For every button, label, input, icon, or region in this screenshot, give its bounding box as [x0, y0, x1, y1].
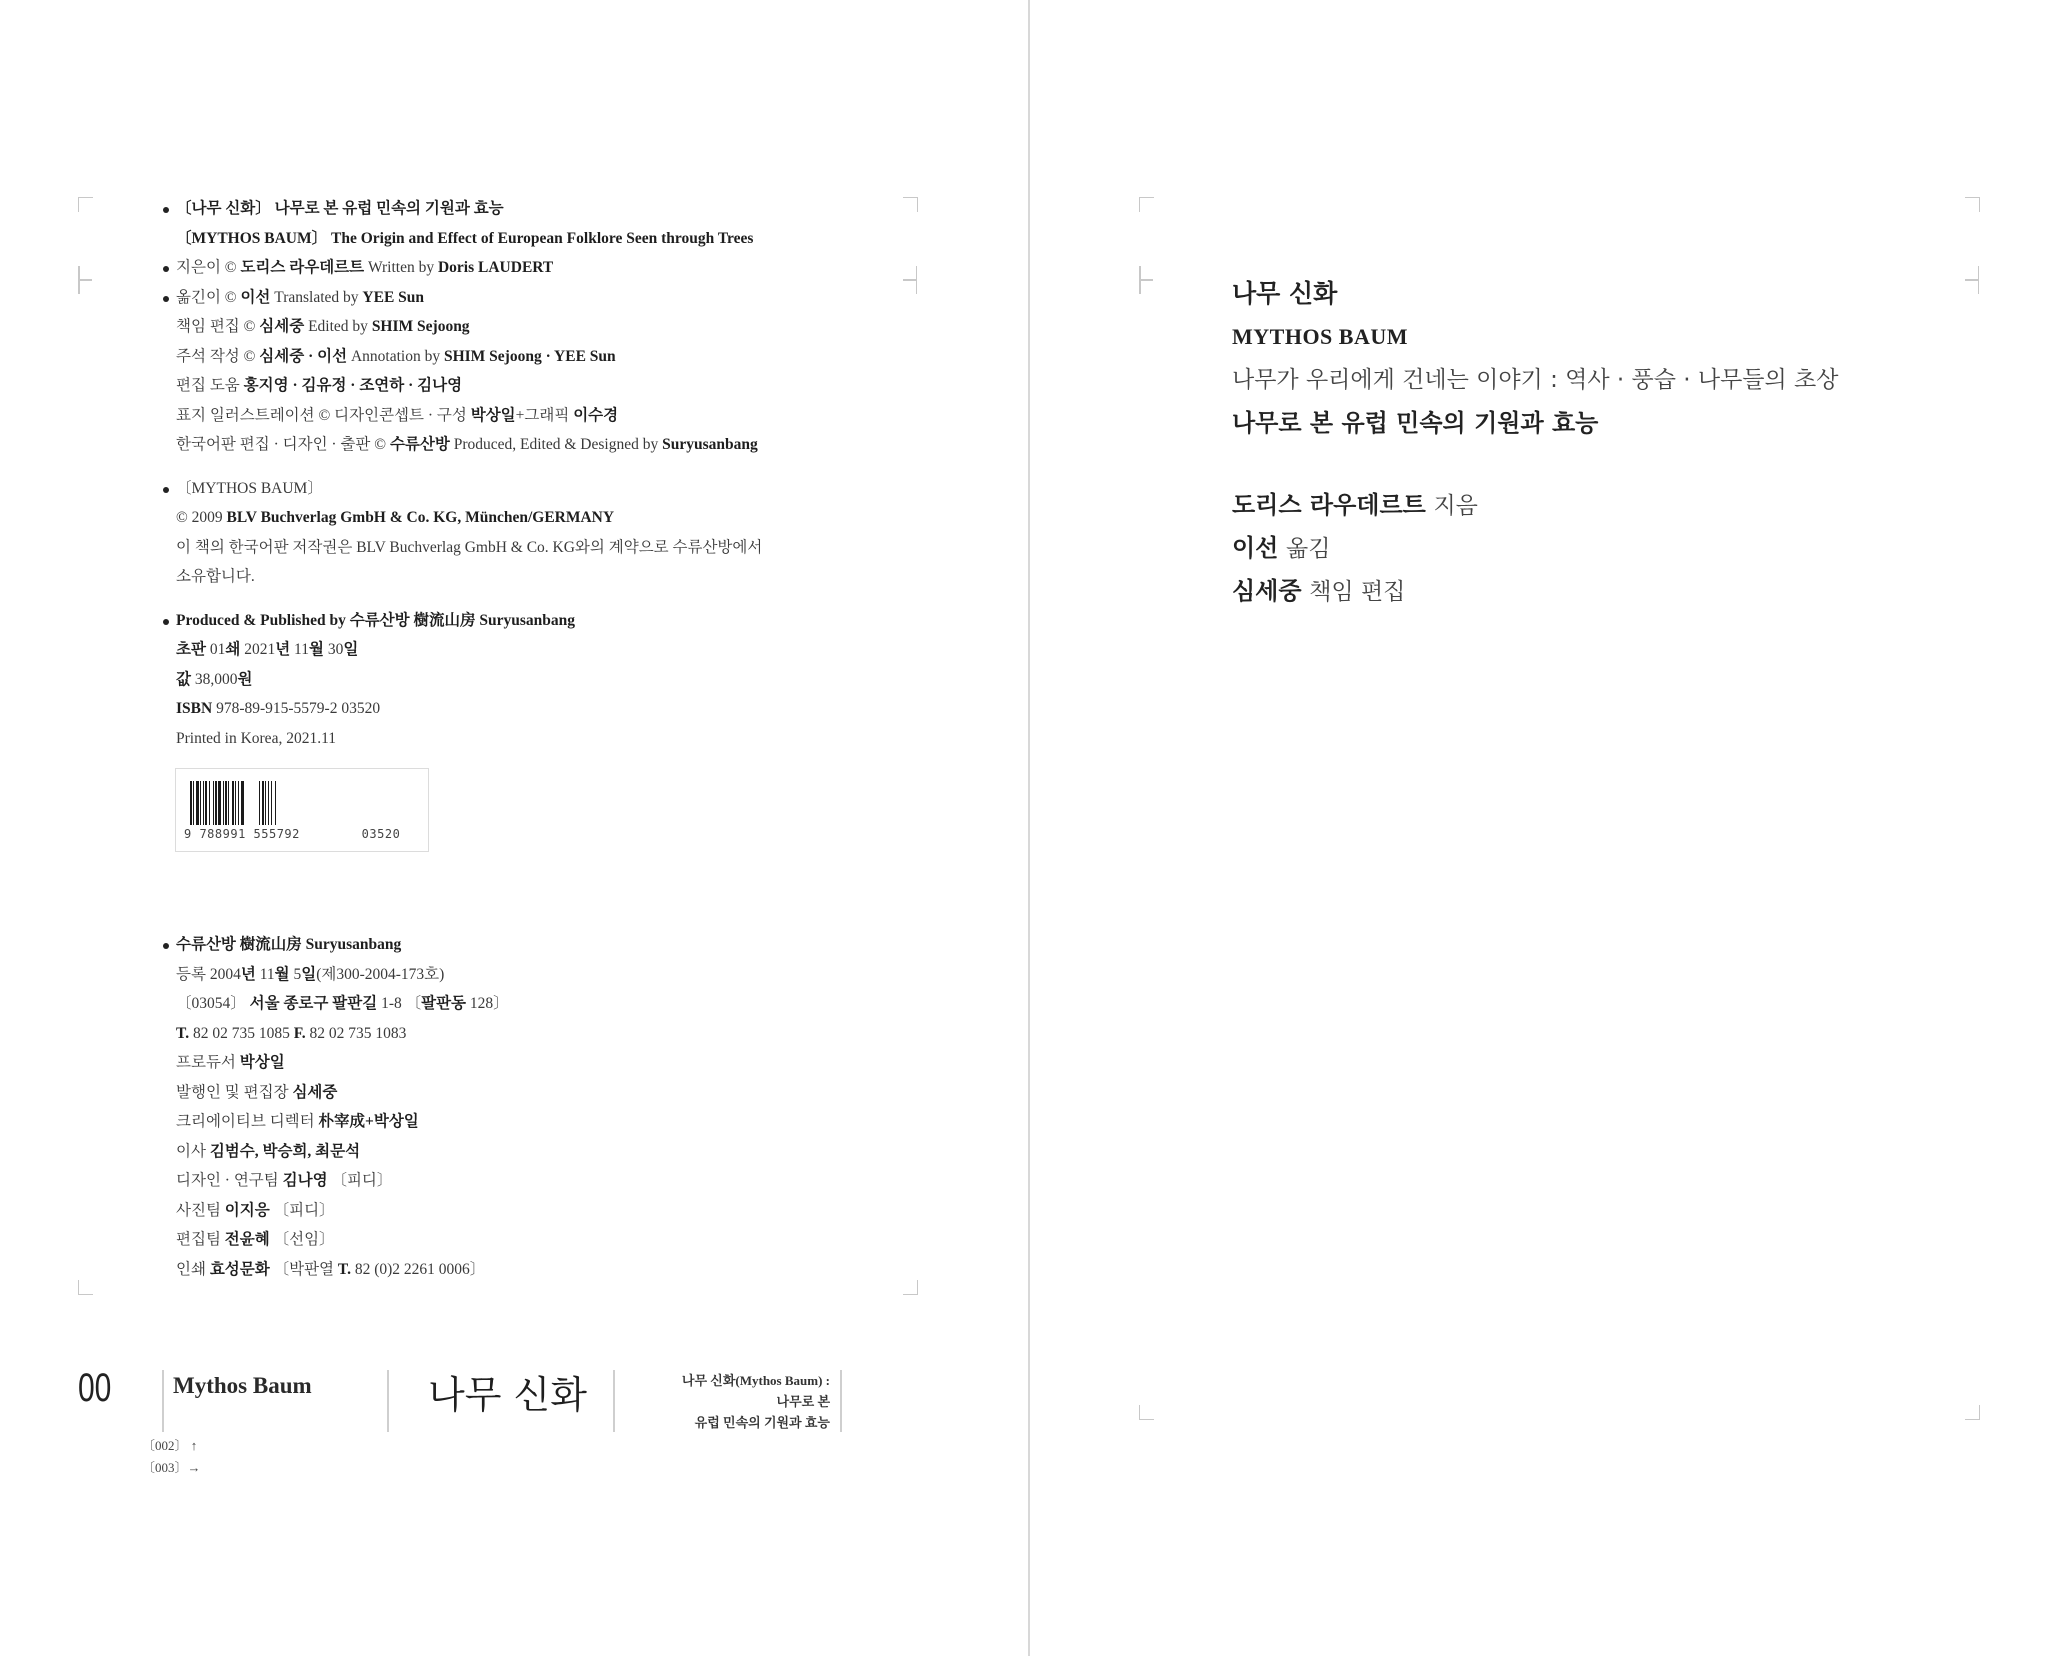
- credit-translator: 이선 옮김: [1232, 527, 1832, 570]
- translator-name: 이선: [1232, 534, 1278, 562]
- translator-role: 옮김: [1286, 536, 1330, 562]
- crop-mark-bottom-left: [1139, 1405, 1154, 1420]
- book-subtitle-2: 나무로 본 유럽 민속의 기원과 효능: [1232, 402, 1952, 444]
- author-name: 도리스 라우데르트: [1232, 491, 1426, 519]
- crop-mark-top-right: [1965, 197, 1980, 212]
- book-subtitle: 나무가 우리에게 건네는 이야기 : 역사 · 풍습 · 나무들의 초상: [1232, 358, 1952, 402]
- crop-mark-bottom-right: [1965, 1405, 1980, 1420]
- crop-mark-tick-right: [1965, 266, 1979, 294]
- credit-author: 도리스 라우데르트 지음: [1232, 484, 1832, 527]
- credits-block: 도리스 라우데르트 지음 이선 옮김 심세중 책임 편집: [1232, 484, 1832, 613]
- editor-name: 심세중: [1232, 577, 1302, 605]
- crop-mark-tick-left: [1139, 266, 1153, 294]
- credit-editor: 심세중 책임 편집: [1232, 570, 1832, 613]
- author-role: 지음: [1433, 493, 1477, 519]
- editor-role: 책임 편집: [1309, 579, 1405, 605]
- book-title-ko: 나무 신화: [1232, 272, 1952, 316]
- book-title-original: MYTHOS BAUM: [1232, 316, 1952, 358]
- title-block: 나무 신화 MYTHOS BAUM 나무가 우리에게 건네는 이야기 : 역사 …: [1232, 272, 1952, 444]
- right-page: 나무 신화 MYTHOS BAUM 나무가 우리에게 건네는 이야기 : 역사 …: [0, 0, 2058, 1656]
- crop-mark-top-left: [1139, 197, 1154, 212]
